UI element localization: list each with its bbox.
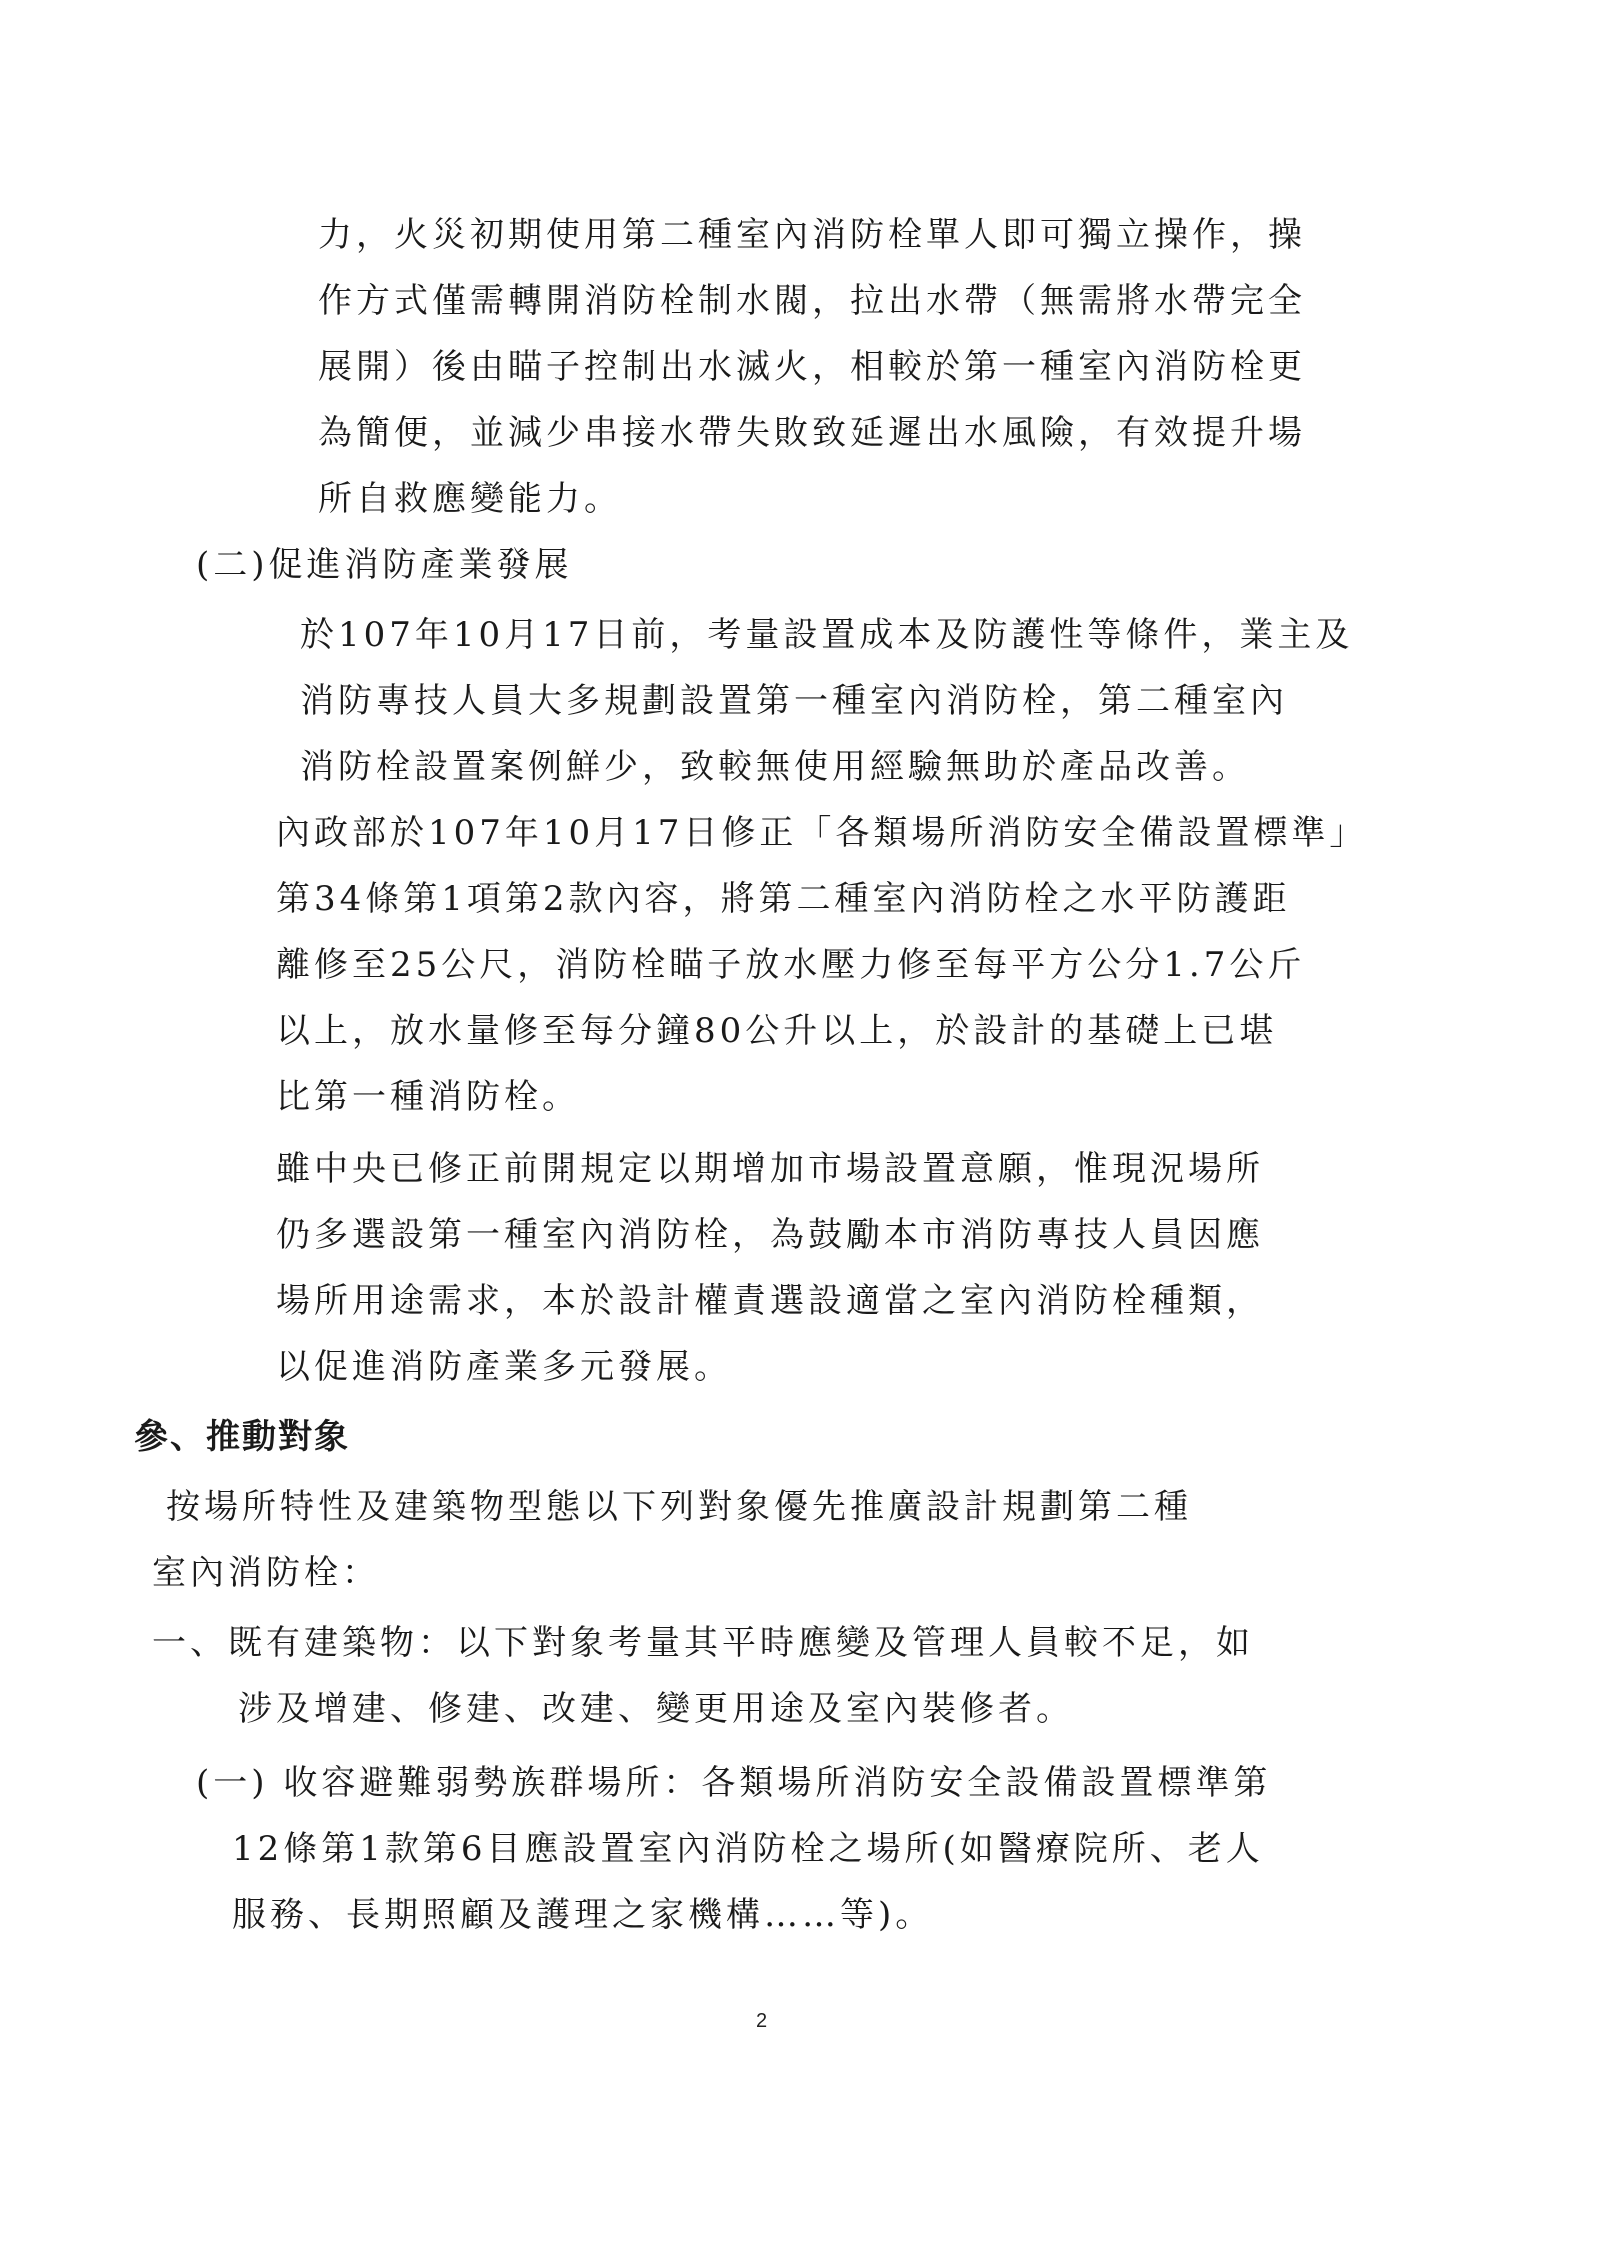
- body-text-line: 第34條第1項第2款內容，將第二種室內消防栓之水平防護距: [276, 879, 1291, 919]
- body-text-line: 場所用途需求，本於設計權責選設適當之室內消防栓種類，: [276, 1281, 1264, 1321]
- body-text-line: 展開）後由瞄子控制出水滅火，相較於第一種室內消防栓更: [318, 347, 1306, 387]
- sub-item-line: 12條第1款第6目應設置室內消防栓之場所(如醫療院所、老人: [232, 1829, 1264, 1869]
- body-text-line: 於107年10月17日前，考量設置成本及防護性等條件，業主及: [300, 615, 1353, 655]
- body-text-line: 力，火災初期使用第二種室內消防栓單人即可獨立操作，操: [318, 215, 1306, 255]
- body-text-line: 比第一種消防栓。: [276, 1077, 580, 1117]
- body-text-line: 所自救應變能力。: [318, 479, 622, 519]
- body-text-line: 以促進消防產業多元發展。: [276, 1347, 732, 1387]
- section-title: (二)促進消防產業發展: [196, 545, 573, 585]
- sub-item-line: (一) 收容避難弱勢族群場所：各類場所消防安全設備設置標準第: [196, 1763, 1271, 1803]
- sub-item-line: 服務、長期照顧及護理之家機構……等)。: [232, 1895, 933, 1935]
- body-text-line: 以上，放水量修至每分鐘80公升以上，於設計的基礎上已堪: [276, 1011, 1277, 1051]
- body-text-line: 離修至25公尺，消防栓瞄子放水壓力修至每平方公分1.7公斤: [276, 945, 1305, 985]
- list-item-line: 涉及增建、修建、改建、變更用途及室內裝修者。: [238, 1689, 1074, 1729]
- body-text-line: 消防栓設置案例鮮少，致較無使用經驗無助於產品改善。: [300, 747, 1250, 787]
- body-text-line: 為簡便，並減少串接水帶失敗致延遲出水風險，有效提升場: [318, 413, 1306, 453]
- body-text-line: 雖中央已修正前開規定以期增加市場設置意願，惟現況場所: [276, 1149, 1264, 1189]
- body-text-line: 內政部於107年10月17日修正「各類場所消防安全備設置標準」: [276, 813, 1367, 853]
- body-text-line: 按場所特性及建築物型態以下列對象優先推廣設計規劃第二種: [166, 1487, 1192, 1527]
- list-item-line: 一、既有建築物：以下對象考量其平時應變及管理人員較不足，如: [152, 1623, 1254, 1663]
- section-heading: 參、推動對象: [134, 1417, 350, 1457]
- body-text-line: 仍多選設第一種室內消防栓，為鼓勵本市消防專技人員因應: [276, 1215, 1264, 1255]
- body-text-line: 室內消防栓：: [152, 1553, 380, 1593]
- body-text-line: 作方式僅需轉開消防栓制水閥，拉出水帶（無需將水帶完全: [318, 281, 1306, 321]
- body-text-line: 消防專技人員大多規劃設置第一種室內消防栓，第二種室內: [300, 681, 1288, 721]
- page-number: 2: [756, 2010, 767, 2033]
